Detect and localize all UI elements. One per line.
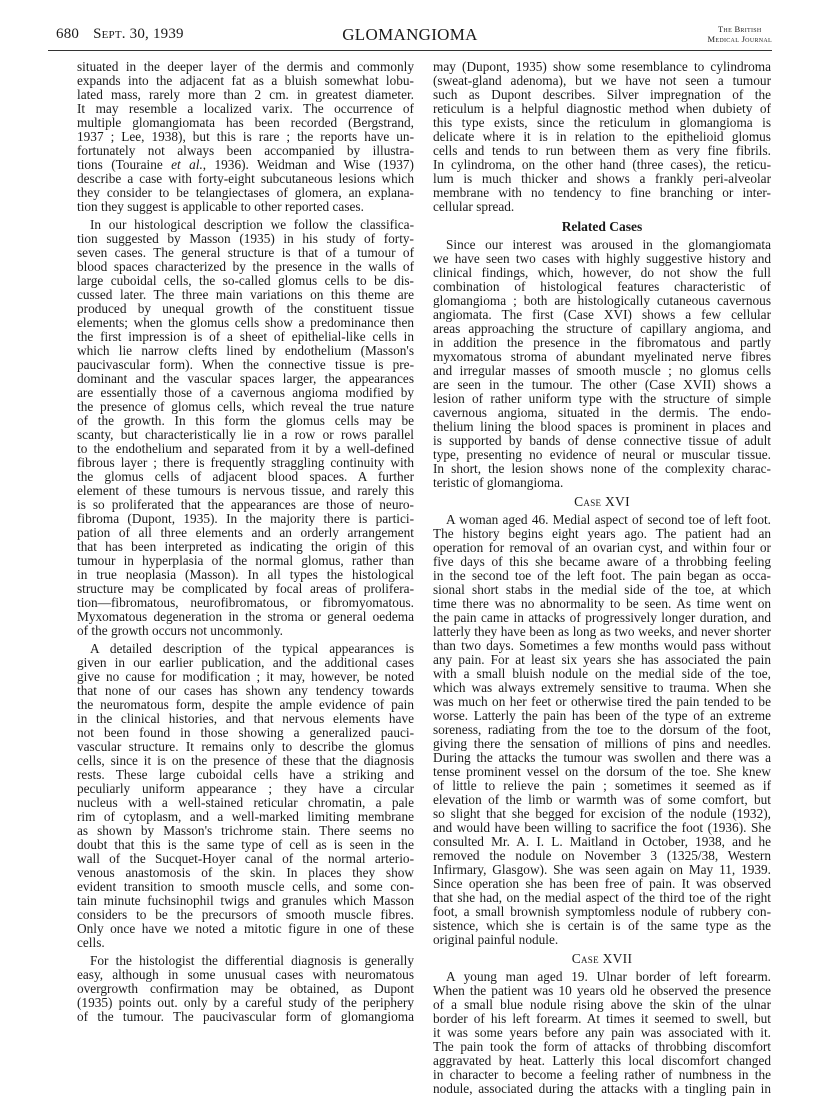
text-line: tion they suggest is applicable to other… xyxy=(77,200,414,214)
text-line: cells. xyxy=(77,936,414,950)
text-line: clinical findings, which, however, do no… xyxy=(433,266,771,280)
text-line: elements; when the glomus cells show a p… xyxy=(77,316,414,330)
text-line: the first impression is of a sheet of ep… xyxy=(77,330,414,344)
text-line: latterly they have been as long as two w… xyxy=(433,625,771,639)
text-line: the glomus cells of adjacent blood space… xyxy=(77,470,414,484)
text-line: in true neoplasia (Masson). In all types… xyxy=(77,568,414,582)
text-line: sistence, which she is certain is of the… xyxy=(433,919,771,933)
text-line: with a small bluish nodule on the medial… xyxy=(433,667,771,681)
journal-name: The British Medical Journal xyxy=(708,24,773,44)
text-line: reticulum is a helpful diagnostic method… xyxy=(433,102,771,116)
text-line: During the attacks the tumour was swolle… xyxy=(433,751,771,765)
text-line: A detailed description of the typical ap… xyxy=(77,642,414,656)
text-line: In short, the lesion shows none of the c… xyxy=(433,462,771,476)
text-line: the pain came in attacks of progressivel… xyxy=(433,611,771,625)
text-line: given in our earlier publication, and th… xyxy=(77,656,414,670)
text-line: that she had, on the medial aspect of th… xyxy=(433,891,771,905)
text-line: we have seen two cases with highly sugge… xyxy=(433,252,771,266)
section-heading-related-cases: Related Cases xyxy=(433,218,771,235)
text-line: is so proliferated that the appearances … xyxy=(77,498,414,512)
text-line: combination of histological features cha… xyxy=(433,280,771,294)
text-line: type, presenting no evidence of neural o… xyxy=(433,448,771,462)
text-line: of a small blue nodule rising above the … xyxy=(433,998,771,1012)
text-line: cavernous angioma, situated in the dermi… xyxy=(433,406,771,420)
text-line: evident transition to smooth muscle cell… xyxy=(77,880,414,894)
text-line: lesion of rather uniform type with the s… xyxy=(433,392,771,406)
text-line: tions (Touraine et al., 1936). Weidman a… xyxy=(77,158,414,172)
text-line: glomangioma ; both are histologically cu… xyxy=(433,294,771,308)
text-line: that none of our cases has shown any ten… xyxy=(77,684,414,698)
text-line: tion—fibromatous, neurofibromatous, or f… xyxy=(77,596,414,610)
text-line: fibroma (Dupont, 1935). In the majority … xyxy=(77,512,414,526)
text-line: of the growth. In this form the glomus c… xyxy=(77,414,414,428)
text-line: structure may be complicated by focal ar… xyxy=(77,582,414,596)
text-line: element of these tumours is nervous tiss… xyxy=(77,484,414,498)
text-line: delicate where it is in relation to the … xyxy=(433,130,771,144)
left-column: situated in the deeper layer of the derm… xyxy=(77,60,414,1028)
text-line: original painful nodule. xyxy=(433,933,771,947)
text-line: expands into the adjacent fat as a bluis… xyxy=(77,74,414,88)
text-line: tion suggested by Masson (1935) in his s… xyxy=(77,232,414,246)
text-line: cussed later. The three main variations … xyxy=(77,288,414,302)
text-line: five days of this she became aware of a … xyxy=(433,555,771,569)
text-line: doubt that this is the same type of cell… xyxy=(77,838,414,852)
paragraph-case-xvii: A young man aged 19. Ulnar border of lef… xyxy=(433,970,771,1096)
text-line: border of his left forearm. At times it … xyxy=(433,1012,771,1026)
text-line: tumour in hyperplasia of the normal glom… xyxy=(77,554,414,568)
text-line: tense prominent vessel on the dorsum of … xyxy=(433,765,771,779)
text-line: The pain took the form of attacks of thr… xyxy=(433,1040,771,1054)
text-line: Infirmary, Glasgow). She was seen again … xyxy=(433,863,771,877)
text-line: are essentially those of a cavernous ang… xyxy=(77,386,414,400)
text-line: any pain. For at least six years she has… xyxy=(433,653,771,667)
text-line: aggravated by heat. Latterly this local … xyxy=(433,1054,771,1068)
text-line: blood spaces characterized by the presen… xyxy=(77,260,414,274)
text-line: cellular spread. xyxy=(433,200,771,214)
text-line: elevation of the limb or warmth was of s… xyxy=(433,793,771,807)
text-line: When the patient was 10 years old he obs… xyxy=(433,984,771,998)
section-heading-case-xvii: Case XVII xyxy=(433,951,771,967)
text-line: the neuromatous form, despite the ample … xyxy=(77,698,414,712)
text-line: Only once have we noted a mitotic figure… xyxy=(77,922,414,936)
text-line: nodule, associated during the attacks wi… xyxy=(433,1082,771,1096)
text-line: paucivascular form). When the connective… xyxy=(77,358,414,372)
text-line: and would have been willing to sacrifice… xyxy=(433,821,771,835)
text-line: thelium lining the blood spaces is promi… xyxy=(433,420,771,434)
text-line: tain minute fuchsinophil twigs and granu… xyxy=(77,894,414,908)
text-line: teristic of glomangioma. xyxy=(433,476,771,490)
text-line: A woman aged 46. Medial aspect of second… xyxy=(433,513,771,527)
text-line: the presence of glomus cells, which reve… xyxy=(77,400,414,414)
text-line: overgrowth confirmation may be obtained,… xyxy=(77,982,414,996)
text-line: and irregular masses of smooth muscle ; … xyxy=(433,364,771,378)
text-line: wall of the Sucquet-Hoyer canal of the n… xyxy=(77,852,414,866)
text-line: fibrous layer ; there is frequently stra… xyxy=(77,456,414,470)
text-line: In cylindroma, on the other hand (three … xyxy=(433,158,771,172)
text-line: scanty, but characteristically lie in a … xyxy=(77,428,414,442)
text-line: Myxomatous degeneration in the stroma or… xyxy=(77,610,414,624)
text-line: in addition the presence in the fibromat… xyxy=(433,336,771,350)
text-line: multiple glomangiomata has been recorded… xyxy=(77,116,414,130)
running-title: GLOMANGIOMA xyxy=(48,25,772,45)
text-line: A young man aged 19. Ulnar border of lef… xyxy=(433,970,771,984)
text-line: to the endothelium and separated from it… xyxy=(77,442,414,456)
text-line: rim of cytoplasm, and a well-marked limi… xyxy=(77,810,414,824)
text-line: than two days. Sometimes a few months wo… xyxy=(433,639,771,653)
text-line: worse. Latterly the pain has been of the… xyxy=(433,709,771,723)
text-line: such as Dupont describes. Silver impregn… xyxy=(433,88,771,102)
text-line: in the clinical histories, and that nerv… xyxy=(77,712,414,726)
text-line: 1937 ; Lee, 1938), but this is rare ; th… xyxy=(77,130,414,144)
journal-name-line1: The British xyxy=(708,24,773,34)
text-line: membrane with no tendency to fine branch… xyxy=(433,186,771,200)
text-line: of little to relieve the pain ; sometime… xyxy=(433,779,771,793)
text-line: foot, a small brownish symptomless nodul… xyxy=(433,905,771,919)
text-line: may (Dupont, 1935) show some resemblance… xyxy=(433,60,771,74)
text-line: lum is much thicker and shows a frankly … xyxy=(433,172,771,186)
section-heading-case-xvi: Case XVI xyxy=(433,494,771,510)
header-rule xyxy=(48,50,772,51)
text-line: venous anastomosis of the skin. In place… xyxy=(77,866,414,880)
running-header: 680 Sept. 30, 1939 GLOMANGIOMA The Briti… xyxy=(48,22,772,46)
text-line: which lie narrow clefts lined by endothe… xyxy=(77,344,414,358)
text-line: that has been interpreted as indicating … xyxy=(77,540,414,554)
text-line: rests. These large cuboidal cells have a… xyxy=(77,768,414,782)
paragraph-related-cases: Since our interest was aroused in the gl… xyxy=(433,238,771,490)
text-line: areas approaching the structure of capil… xyxy=(433,322,771,336)
text-line: sional short stabs in the medial side of… xyxy=(433,583,771,597)
text-line: dominant and the vascular spaces larger,… xyxy=(77,372,414,386)
text-line: considers to be the precursors of smooth… xyxy=(77,908,414,922)
journal-page: 680 Sept. 30, 1939 GLOMANGIOMA The Briti… xyxy=(0,0,816,1105)
paragraph: situated in the deeper layer of the derm… xyxy=(77,60,414,214)
text-line: this type exists, since the reticulum in… xyxy=(433,116,771,130)
text-line: Since operation she has been free of pai… xyxy=(433,877,771,891)
paragraph: In our histological description we follo… xyxy=(77,218,414,638)
text-line: nucleus with a well-stained reticular ch… xyxy=(77,796,414,810)
text-line: soreness, radiating from the toe to the … xyxy=(433,723,771,737)
text-line: was much on her feet or otherwise tired … xyxy=(433,695,771,709)
text-line: cells and tends to run between them as v… xyxy=(433,144,771,158)
text-line: myxomatous stroma of abundant myelinated… xyxy=(433,350,771,364)
text-line: situated in the deeper layer of the derm… xyxy=(77,60,414,74)
text-line: It may resemble a localized varix. The o… xyxy=(77,102,414,116)
text-line: The history begins eight years ago. The … xyxy=(433,527,771,541)
text-line: consulted Mr. A. I. L. Maitland in Octob… xyxy=(433,835,771,849)
text-line: it was some years before any pain was as… xyxy=(433,1026,771,1040)
text-line: For the histologist the differential dia… xyxy=(77,954,414,968)
text-line: of the growth occurs not uncommonly. xyxy=(77,624,414,638)
text-line: lated mass, rarely more than 2 cm. in gr… xyxy=(77,88,414,102)
text-line: vascular structure. It remains only to d… xyxy=(77,740,414,754)
text-line: (sweat-gland adenoma), but we have not s… xyxy=(433,74,771,88)
text-line: they consider to be telangiectases of gl… xyxy=(77,186,414,200)
text-line: is supported by bands of dense connectiv… xyxy=(433,434,771,448)
text-line: time there was no abnormality to be seen… xyxy=(433,597,771,611)
paragraph: For the histologist the differential dia… xyxy=(77,954,414,1024)
text-line: fortunately not always been accompanied … xyxy=(77,144,414,158)
text-line: of the tumour. The paucivascular form of… xyxy=(77,1010,414,1024)
text-line: large cuboidal cells, the so-called glom… xyxy=(77,274,414,288)
text-line: give no cause for modification ; it may,… xyxy=(77,670,414,684)
text-line: operation for removal of an ovarian cyst… xyxy=(433,541,771,555)
text-line: peculiarly uniform appearance ; they hav… xyxy=(77,782,414,796)
paragraph: A detailed description of the typical ap… xyxy=(77,642,414,950)
paragraph-case-xvi: A woman aged 46. Medial aspect of second… xyxy=(433,513,771,947)
text-line: not been found in those showing a genera… xyxy=(77,726,414,740)
text-line: as shown by Masson's trichrome stain. Th… xyxy=(77,824,414,838)
text-line: pation of all three elements and an orde… xyxy=(77,526,414,540)
text-line: in the second toe of the left foot. The … xyxy=(433,569,771,583)
text-line: seven cases. The general structure is th… xyxy=(77,246,414,260)
text-line: so slight that she begged for excision o… xyxy=(433,807,771,821)
text-line: removed the nodule on November 3 (1325/3… xyxy=(433,849,771,863)
text-line: In our histological description we follo… xyxy=(77,218,414,232)
text-line: describe a case with forty-eight subcuta… xyxy=(77,172,414,186)
right-column: may (Dupont, 1935) show some resemblance… xyxy=(433,60,771,1100)
text-line: giving there the sensation of millions o… xyxy=(433,737,771,751)
paragraph-continued: may (Dupont, 1935) show some resemblance… xyxy=(433,60,771,214)
text-line: easy, although in some unusual cases wit… xyxy=(77,968,414,982)
text-line: produced by unequal growth of the consti… xyxy=(77,302,414,316)
text-line: cells, since it is on the presence of th… xyxy=(77,754,414,768)
text-line: which was always extremely sensitive to … xyxy=(433,681,771,695)
text-line: in character to become a feeling rather … xyxy=(433,1068,771,1082)
text-line: angiomata. The first (Case XVI) shows a … xyxy=(433,308,771,322)
journal-name-line2: Medical Journal xyxy=(708,34,773,44)
text-line: are seen in the tumour. The other (Case … xyxy=(433,378,771,392)
text-line: (1935) points out. only by a careful stu… xyxy=(77,996,414,1010)
text-line: Since our interest was aroused in the gl… xyxy=(433,238,771,252)
